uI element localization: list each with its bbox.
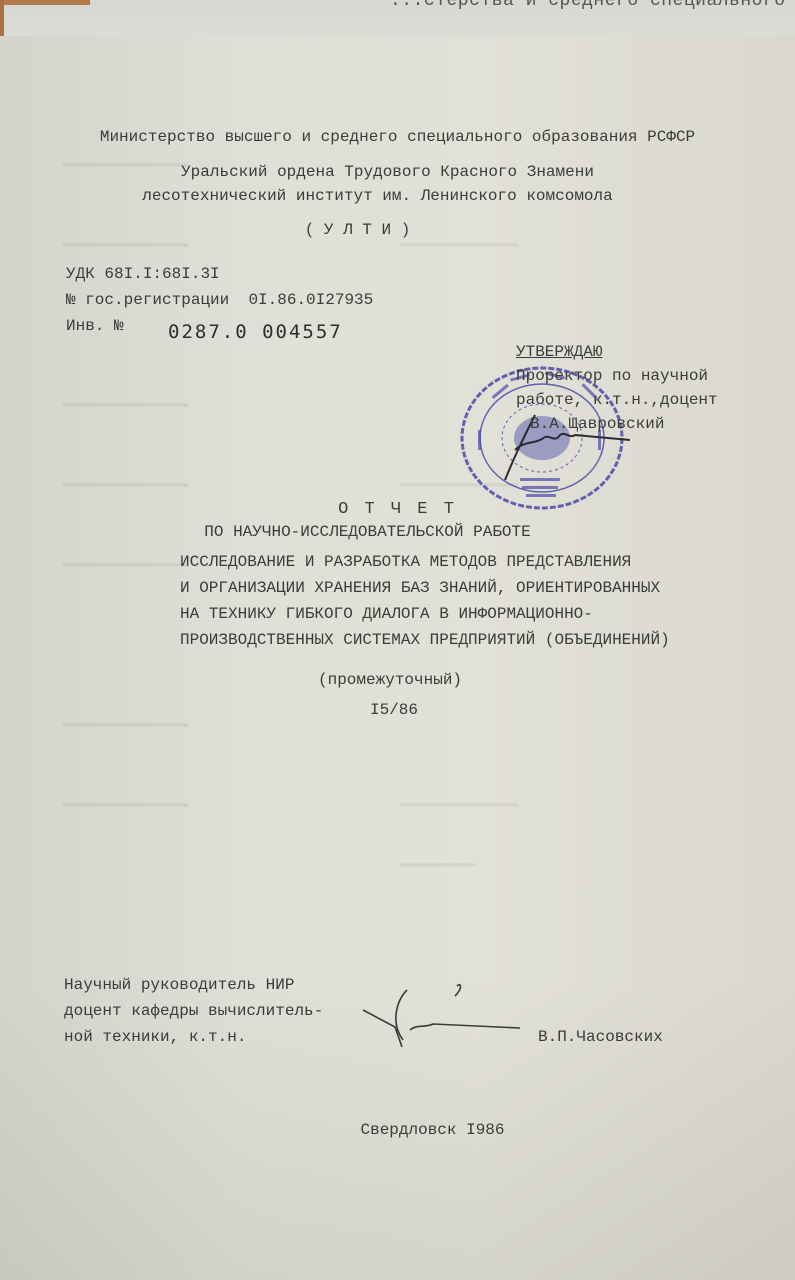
- report-subtitle: ПО НАУЧНО-ИССЛЕДОВАТЕЛЬСКОЙ РАБОТЕ: [0, 522, 765, 542]
- institute-line-2: лесотехнический институт им. Ленинского …: [0, 186, 775, 206]
- underlying-page-edge: ...стерства и среднего специального обра…: [0, 0, 795, 40]
- bleed-through-text: ▬▬▬▬▬▬▬▬▬▬▬▬▬▬▬: [62, 476, 188, 492]
- cut-off-header-text: ...стерства и среднего специального обра…: [390, 0, 795, 11]
- inventory-value: 0287.0 004557: [168, 322, 343, 342]
- report-number: I5/86: [370, 700, 418, 720]
- bleed-through-text: ▬▬▬▬▬▬▬▬▬▬▬▬▬▬▬: [62, 796, 188, 812]
- bleed-through-text: ▬▬▬▬▬▬▬▬▬▬▬▬▬▬▬: [62, 396, 188, 412]
- approval-name: В.А.Щавровский: [516, 412, 718, 436]
- approval-heading: УТВЕРЖДАЮ: [516, 340, 718, 364]
- bleed-through-text: ▬▬▬▬▬▬▬▬▬: [400, 856, 476, 872]
- bleed-through-text: ▬▬▬▬▬▬▬▬▬▬▬▬▬▬▬: [62, 716, 188, 732]
- approval-degree: работе, к.т.н.,доцент: [516, 388, 718, 412]
- institute-line-1: Уральский ордена Трудового Красного Знам…: [0, 162, 785, 182]
- gos-reg-label: № гос.регистрации: [66, 291, 229, 309]
- report-title: О Т Ч Е Т: [0, 500, 795, 520]
- approval-block: УТВЕРЖДАЮ Проректор по научной работе, к…: [516, 340, 718, 436]
- topic-line-3: НА ТЕХНИКУ ГИБКОГО ДИАЛОГА В ИНФОРМАЦИОН…: [180, 604, 593, 624]
- approval-position: Проректор по научной: [516, 364, 718, 388]
- topic-line-4: ПРОИЗВОДСТВЕННЫХ СИСТЕМАХ ПРЕДПРИЯТИЙ (О…: [180, 630, 670, 650]
- udk-value: 68I.I:68I.3I: [104, 265, 219, 283]
- udk-label: УДК 68I.I:68I.3I: [66, 264, 220, 284]
- inventory-label: Инв. №: [66, 316, 124, 336]
- supervisor-signature-icon: [355, 982, 525, 1052]
- table-edge-left: [0, 0, 4, 36]
- supervisor-name: В.П.Часовских: [538, 1027, 663, 1047]
- topic-line-2: И ОРГАНИЗАЦИИ ХРАНЕНИЯ БАЗ ЗНАНИЙ, ОРИЕН…: [180, 578, 660, 598]
- city-year: Свердловск I986: [35, 1120, 795, 1140]
- supervisor-position: доцент кафедры вычислитель-: [64, 1001, 323, 1021]
- bleed-through-text: ▬▬▬▬▬▬▬▬▬▬▬▬▬▬▬: [62, 556, 188, 572]
- table-edge: [0, 0, 90, 5]
- topic-line-1: ИССЛЕДОВАНИЕ И РАЗРАБОТКА МЕТОДОВ ПРЕДСТ…: [180, 552, 631, 572]
- bleed-through-text: ▬▬▬▬▬▬▬▬▬▬▬▬▬▬: [400, 796, 518, 812]
- gos-registration: № гос.регистрации 0I.86.0I27935: [66, 290, 373, 310]
- ministry-name: Министерство высшего и среднего специаль…: [0, 127, 795, 147]
- supervisor-degree: ной техники, к.т.н.: [64, 1027, 246, 1047]
- supervisor-title: Научный руководитель НИР: [64, 975, 294, 995]
- institute-abbreviation: ( У Л Т И ): [0, 220, 755, 240]
- report-stage: (промежуточный): [318, 670, 462, 690]
- gos-reg-value: 0I.86.0I27935: [248, 291, 373, 309]
